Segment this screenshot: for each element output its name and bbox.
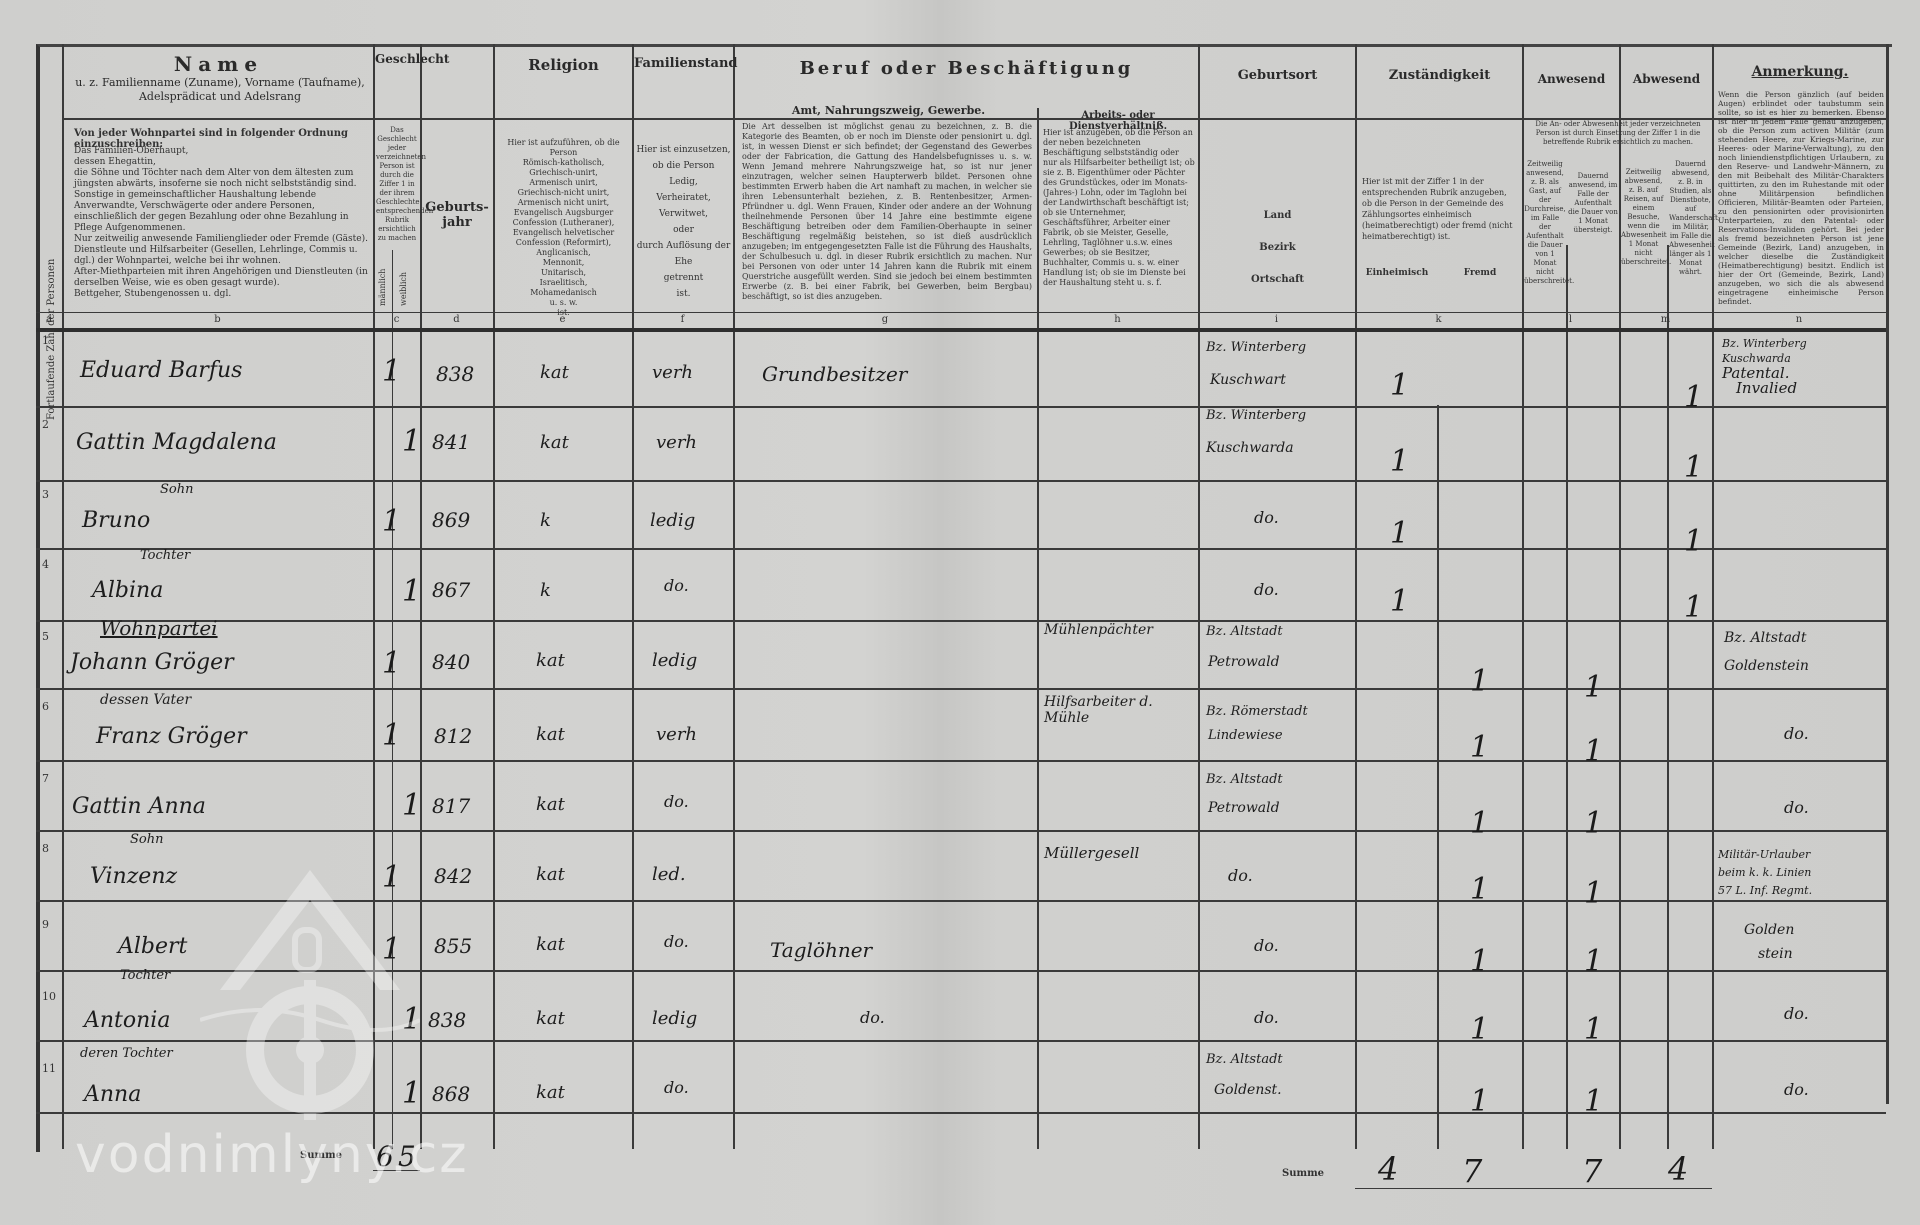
female-mark: 1 xyxy=(402,574,421,609)
note: Militär-Urlauber beim k. k. Linien 57 L.… xyxy=(1718,846,1812,900)
female-mark: 1 xyxy=(402,788,421,823)
col-letter-m: m xyxy=(1619,314,1712,325)
male-mark: 1 xyxy=(382,646,401,681)
col-divider-m xyxy=(1712,44,1714,1149)
note: do. xyxy=(1784,798,1809,817)
col-letter-k: k xyxy=(1355,314,1522,325)
anwesend-dauernd-mark: 1 xyxy=(1584,1084,1603,1119)
abwesend-dauernd-mark: 1 xyxy=(1684,590,1703,625)
note: Bz. Winterberg Kuschwarda Patental. Inva… xyxy=(1722,336,1807,396)
person-name: Franz Gröger xyxy=(96,724,247,749)
marital-status: do. xyxy=(664,792,689,811)
col-divider-e xyxy=(632,44,634,1149)
fremd-mark: 1 xyxy=(1470,944,1489,979)
col-i-title: Geburtsort xyxy=(1200,68,1355,83)
col-letter-g: g xyxy=(733,314,1037,325)
abwesend-dauernd-mark: 1 xyxy=(1684,380,1703,415)
religion: kat xyxy=(540,432,569,453)
sum-label-right: Summe xyxy=(1282,1168,1324,1179)
relation-prefix: deren Tochter xyxy=(80,1046,173,1061)
col-c-male: männlich xyxy=(378,269,387,306)
row-line xyxy=(36,406,1886,408)
relation-prefix: dessen Vater xyxy=(100,692,191,708)
male-mark: 1 xyxy=(382,354,401,389)
col-divider-m-sub xyxy=(1667,245,1669,1149)
birthplace: do. xyxy=(1254,1008,1279,1027)
birth-year: 869 xyxy=(432,508,470,532)
religion: kat xyxy=(536,794,565,815)
einheimisch-mark: 1 xyxy=(1390,368,1409,403)
religion: kat xyxy=(536,1008,565,1029)
birth-year: 838 xyxy=(428,1008,466,1032)
anwesend-dauernd-mark: 1 xyxy=(1584,806,1603,841)
col-divider-k-sub xyxy=(1437,405,1439,1149)
col-letter-l: l xyxy=(1522,314,1619,325)
sum-fremd: 7 xyxy=(1462,1152,1482,1190)
col-k-fremd: Fremd xyxy=(1438,268,1522,279)
occupation: Grundbesitzer xyxy=(762,362,907,386)
employment-relation: Mühlenpächter xyxy=(1044,622,1194,638)
person-name: Anna xyxy=(84,1082,141,1107)
female-mark: 1 xyxy=(402,424,421,459)
person-name: Johann Gröger xyxy=(70,650,234,675)
religion: kat xyxy=(536,1082,565,1103)
relation-prefix: Tochter xyxy=(120,968,170,983)
birthplace: do. xyxy=(1254,508,1279,527)
birth-year: 841 xyxy=(432,430,470,454)
person-name: Gattin Anna xyxy=(72,794,206,819)
col-k-instructions: Hier ist mit der Ziffer 1 in der entspre… xyxy=(1362,176,1518,242)
occupation: do. xyxy=(860,1008,885,1027)
col-b-subtitle: u. z. Familienname (Zuname), Vorname (Ta… xyxy=(70,76,370,104)
note: do. xyxy=(1784,724,1809,743)
einheimisch-mark: 1 xyxy=(1390,516,1409,551)
col-m-temporary: Zeitweilig abwesend, z. B. auf Reisen, a… xyxy=(1621,168,1666,267)
col-c-instructions: Das Geschlecht jeder verzeichneten Perso… xyxy=(376,126,418,243)
male-mark: 1 xyxy=(382,504,401,539)
col-e-instructions: Hier ist aufzuführen, ob die Person Römi… xyxy=(497,138,630,318)
anwesend-dauernd-mark: 1 xyxy=(1584,734,1603,769)
birthplace-town: Kuschwarda xyxy=(1206,440,1294,456)
col-divider-right xyxy=(1886,44,1889,1104)
marital-status: led. xyxy=(652,864,686,885)
col-letter-f: f xyxy=(632,314,733,325)
col-letter-n: n xyxy=(1712,314,1886,325)
fremd-mark: 1 xyxy=(1470,664,1489,699)
col-c-title: Geschlecht xyxy=(375,52,419,66)
anwesend-dauernd-mark: 1 xyxy=(1584,670,1603,705)
birthplace-district: Bz. Winterberg xyxy=(1206,408,1306,423)
header-bottom-line xyxy=(36,328,1886,332)
einheimisch-mark: 1 xyxy=(1390,444,1409,479)
col-h-instructions: Hier ist anzugeben, ob die Person an der… xyxy=(1043,128,1195,288)
abwesend-dauernd-mark: 1 xyxy=(1684,524,1703,559)
col-l-temporary: Zeitweilig anwesend, z. B. als Gast, auf… xyxy=(1524,160,1566,286)
sum-anwesend-dauernd: 7 xyxy=(1582,1152,1602,1190)
marital-status: verh xyxy=(656,432,697,453)
employment-relation: Müllergesell xyxy=(1044,844,1194,862)
anwesend-dauernd-mark: 1 xyxy=(1584,876,1603,911)
note: Golden stein xyxy=(1744,918,1794,966)
col-divider-d xyxy=(493,44,495,1149)
col-i-subheaders: Land Bezirk Ortschaft xyxy=(1200,200,1355,296)
col-g-title: Beruf oder Beschäftigung xyxy=(735,58,1198,79)
birthplace: do. xyxy=(1254,936,1279,955)
watermark-text: vodnimlyny.cz xyxy=(75,1125,469,1185)
fremd-mark: 1 xyxy=(1470,872,1489,907)
col-d-title: Geburts-jahr xyxy=(424,200,490,230)
marital-status: verh xyxy=(656,724,697,745)
col-g-subtitle: Amt, Nahrungszweig, Gewerbe. xyxy=(740,104,1037,117)
religion: kat xyxy=(536,864,565,885)
col-letter-c: c xyxy=(373,314,420,325)
fremd-mark: 1 xyxy=(1470,730,1489,765)
relation-prefix: Wohnpartei xyxy=(100,616,218,640)
col-m-title: Abwesend xyxy=(1621,72,1712,86)
col-divider-a xyxy=(62,44,64,1149)
occupation: Taglöhner xyxy=(770,938,872,962)
col-c-female: weiblich xyxy=(399,272,408,306)
col-divider-g xyxy=(1037,108,1039,1149)
col-letter-d: d xyxy=(420,314,493,325)
birth-year: 842 xyxy=(434,864,472,888)
watermill-logo-icon xyxy=(200,860,420,1120)
col-l-permanent: Dauernd anwesend, im Falle der Aufenthal… xyxy=(1568,172,1618,235)
census-sheet: Fortlaufende Zahl der Personen Name u. z… xyxy=(0,0,1920,1225)
religion: kat xyxy=(536,650,565,671)
birthplace-district: Bz. Winterberg xyxy=(1206,340,1306,355)
marital-status: do. xyxy=(664,932,689,951)
religion: k xyxy=(540,510,551,531)
person-name: Albert xyxy=(118,934,187,959)
col-m-permanent: Dauernd abwesend, z. B. in Studien, als … xyxy=(1669,160,1712,277)
marital-status: verh xyxy=(652,362,693,383)
relation-prefix: Tochter xyxy=(140,548,190,563)
row-line xyxy=(36,688,1886,690)
col-letter-h: h xyxy=(1037,314,1198,325)
col-lm-note: Die An- oder Abwesenheit jeder verzeichn… xyxy=(1526,120,1710,147)
marital-status: do. xyxy=(664,576,689,595)
row-line xyxy=(36,480,1886,482)
birth-year: 812 xyxy=(434,724,472,748)
fremd-mark: 1 xyxy=(1470,806,1489,841)
col-f-instructions: Hier ist einzusetzen, ob die Person Ledi… xyxy=(636,142,731,302)
col-g-instructions: Die Art desselben ist möglichst genau zu… xyxy=(742,122,1032,302)
person-name: Bruno xyxy=(82,508,150,533)
birth-year: 840 xyxy=(432,650,470,674)
birth-year: 817 xyxy=(432,794,470,818)
employment-relation: Hilfsarbeiter d. Mühle xyxy=(1044,694,1194,726)
religion: k xyxy=(540,580,551,601)
col-b-title: Name xyxy=(64,52,373,76)
birthplace-town: Lindewiese xyxy=(1208,728,1283,743)
col-divider-i xyxy=(1355,44,1357,1149)
col-n-title: Anmerkung. xyxy=(1714,64,1886,80)
col-b-instructions: Das Familien-Oberhaupt, dessen Ehegattin… xyxy=(74,146,368,300)
religion: kat xyxy=(540,362,569,383)
row-line xyxy=(36,620,1886,622)
letter-row-top xyxy=(36,312,1886,313)
col-letter-i: i xyxy=(1198,314,1355,325)
col-letter-e: e xyxy=(493,314,632,325)
person-name: Gattin Magdalena xyxy=(76,430,277,455)
person-name: Eduard Barfus xyxy=(80,358,242,383)
col-k-einheimisch: Einheimisch xyxy=(1358,268,1436,279)
marital-status: ledig xyxy=(652,650,697,671)
person-name: Antonia xyxy=(84,1008,170,1033)
sum-einheimisch: 4 xyxy=(1378,1150,1398,1188)
col-divider-l-sub xyxy=(1566,245,1568,1149)
sum-abwesend-dauernd: 4 xyxy=(1668,1150,1688,1188)
birthplace: do. xyxy=(1228,866,1253,885)
col-e-title: Religion xyxy=(495,56,632,74)
anwesend-dauernd-mark: 1 xyxy=(1584,944,1603,979)
birthplace-town: Kuschwart xyxy=(1210,372,1286,388)
row-line xyxy=(36,760,1886,762)
birthplace: do. xyxy=(1254,580,1279,599)
birthplace-district: Bz. Altstadt xyxy=(1206,624,1283,639)
birth-year: 867 xyxy=(432,578,470,602)
marital-status: ledig xyxy=(652,1008,697,1029)
note: Bz. Altstadt Goldenstein xyxy=(1724,624,1809,680)
col-k-title: Zuständigkeit xyxy=(1357,68,1522,83)
col-l-title: Anwesend xyxy=(1524,72,1619,86)
abwesend-dauernd-mark: 1 xyxy=(1684,450,1703,485)
person-name: Vinzenz xyxy=(90,864,177,889)
male-mark: 1 xyxy=(382,718,401,753)
note: do. xyxy=(1784,1080,1809,1099)
col-divider-f xyxy=(733,44,735,1149)
birthplace-district: Bz. Altstadt xyxy=(1206,1052,1283,1067)
row-line xyxy=(36,830,1886,832)
birth-year: 838 xyxy=(436,362,474,386)
relation-prefix: Sohn xyxy=(160,482,193,497)
birth-year: 855 xyxy=(434,934,472,958)
col-n-instructions: Wenn die Person gänzlich (auf beiden Aug… xyxy=(1718,90,1884,306)
fremd-mark: 1 xyxy=(1470,1084,1489,1119)
fremd-mark: 1 xyxy=(1470,1012,1489,1047)
birth-year: 868 xyxy=(432,1082,470,1106)
col-letter-a: a xyxy=(36,314,62,325)
birthplace-town: Petrowald xyxy=(1208,654,1280,670)
birthplace-district: Bz. Römerstadt xyxy=(1206,704,1308,719)
relation-prefix: Sohn xyxy=(130,832,163,847)
einheimisch-mark: 1 xyxy=(1390,584,1409,619)
religion: kat xyxy=(536,934,565,955)
religion: kat xyxy=(536,724,565,745)
col-letter-b: b xyxy=(62,314,373,325)
birthplace-town: Petrowald xyxy=(1208,800,1280,816)
birthplace-town: Goldenst. xyxy=(1214,1082,1282,1098)
person-name: Albina xyxy=(92,578,163,603)
marital-status: ledig xyxy=(650,510,695,531)
note: do. xyxy=(1784,1004,1809,1023)
sum-underline xyxy=(1355,1188,1712,1189)
row-line xyxy=(36,548,1886,550)
marital-status: do. xyxy=(664,1078,689,1097)
birthplace-district: Bz. Altstadt xyxy=(1206,772,1283,787)
col-f-title: Familienstand xyxy=(634,56,733,71)
anwesend-dauernd-mark: 1 xyxy=(1584,1012,1603,1047)
